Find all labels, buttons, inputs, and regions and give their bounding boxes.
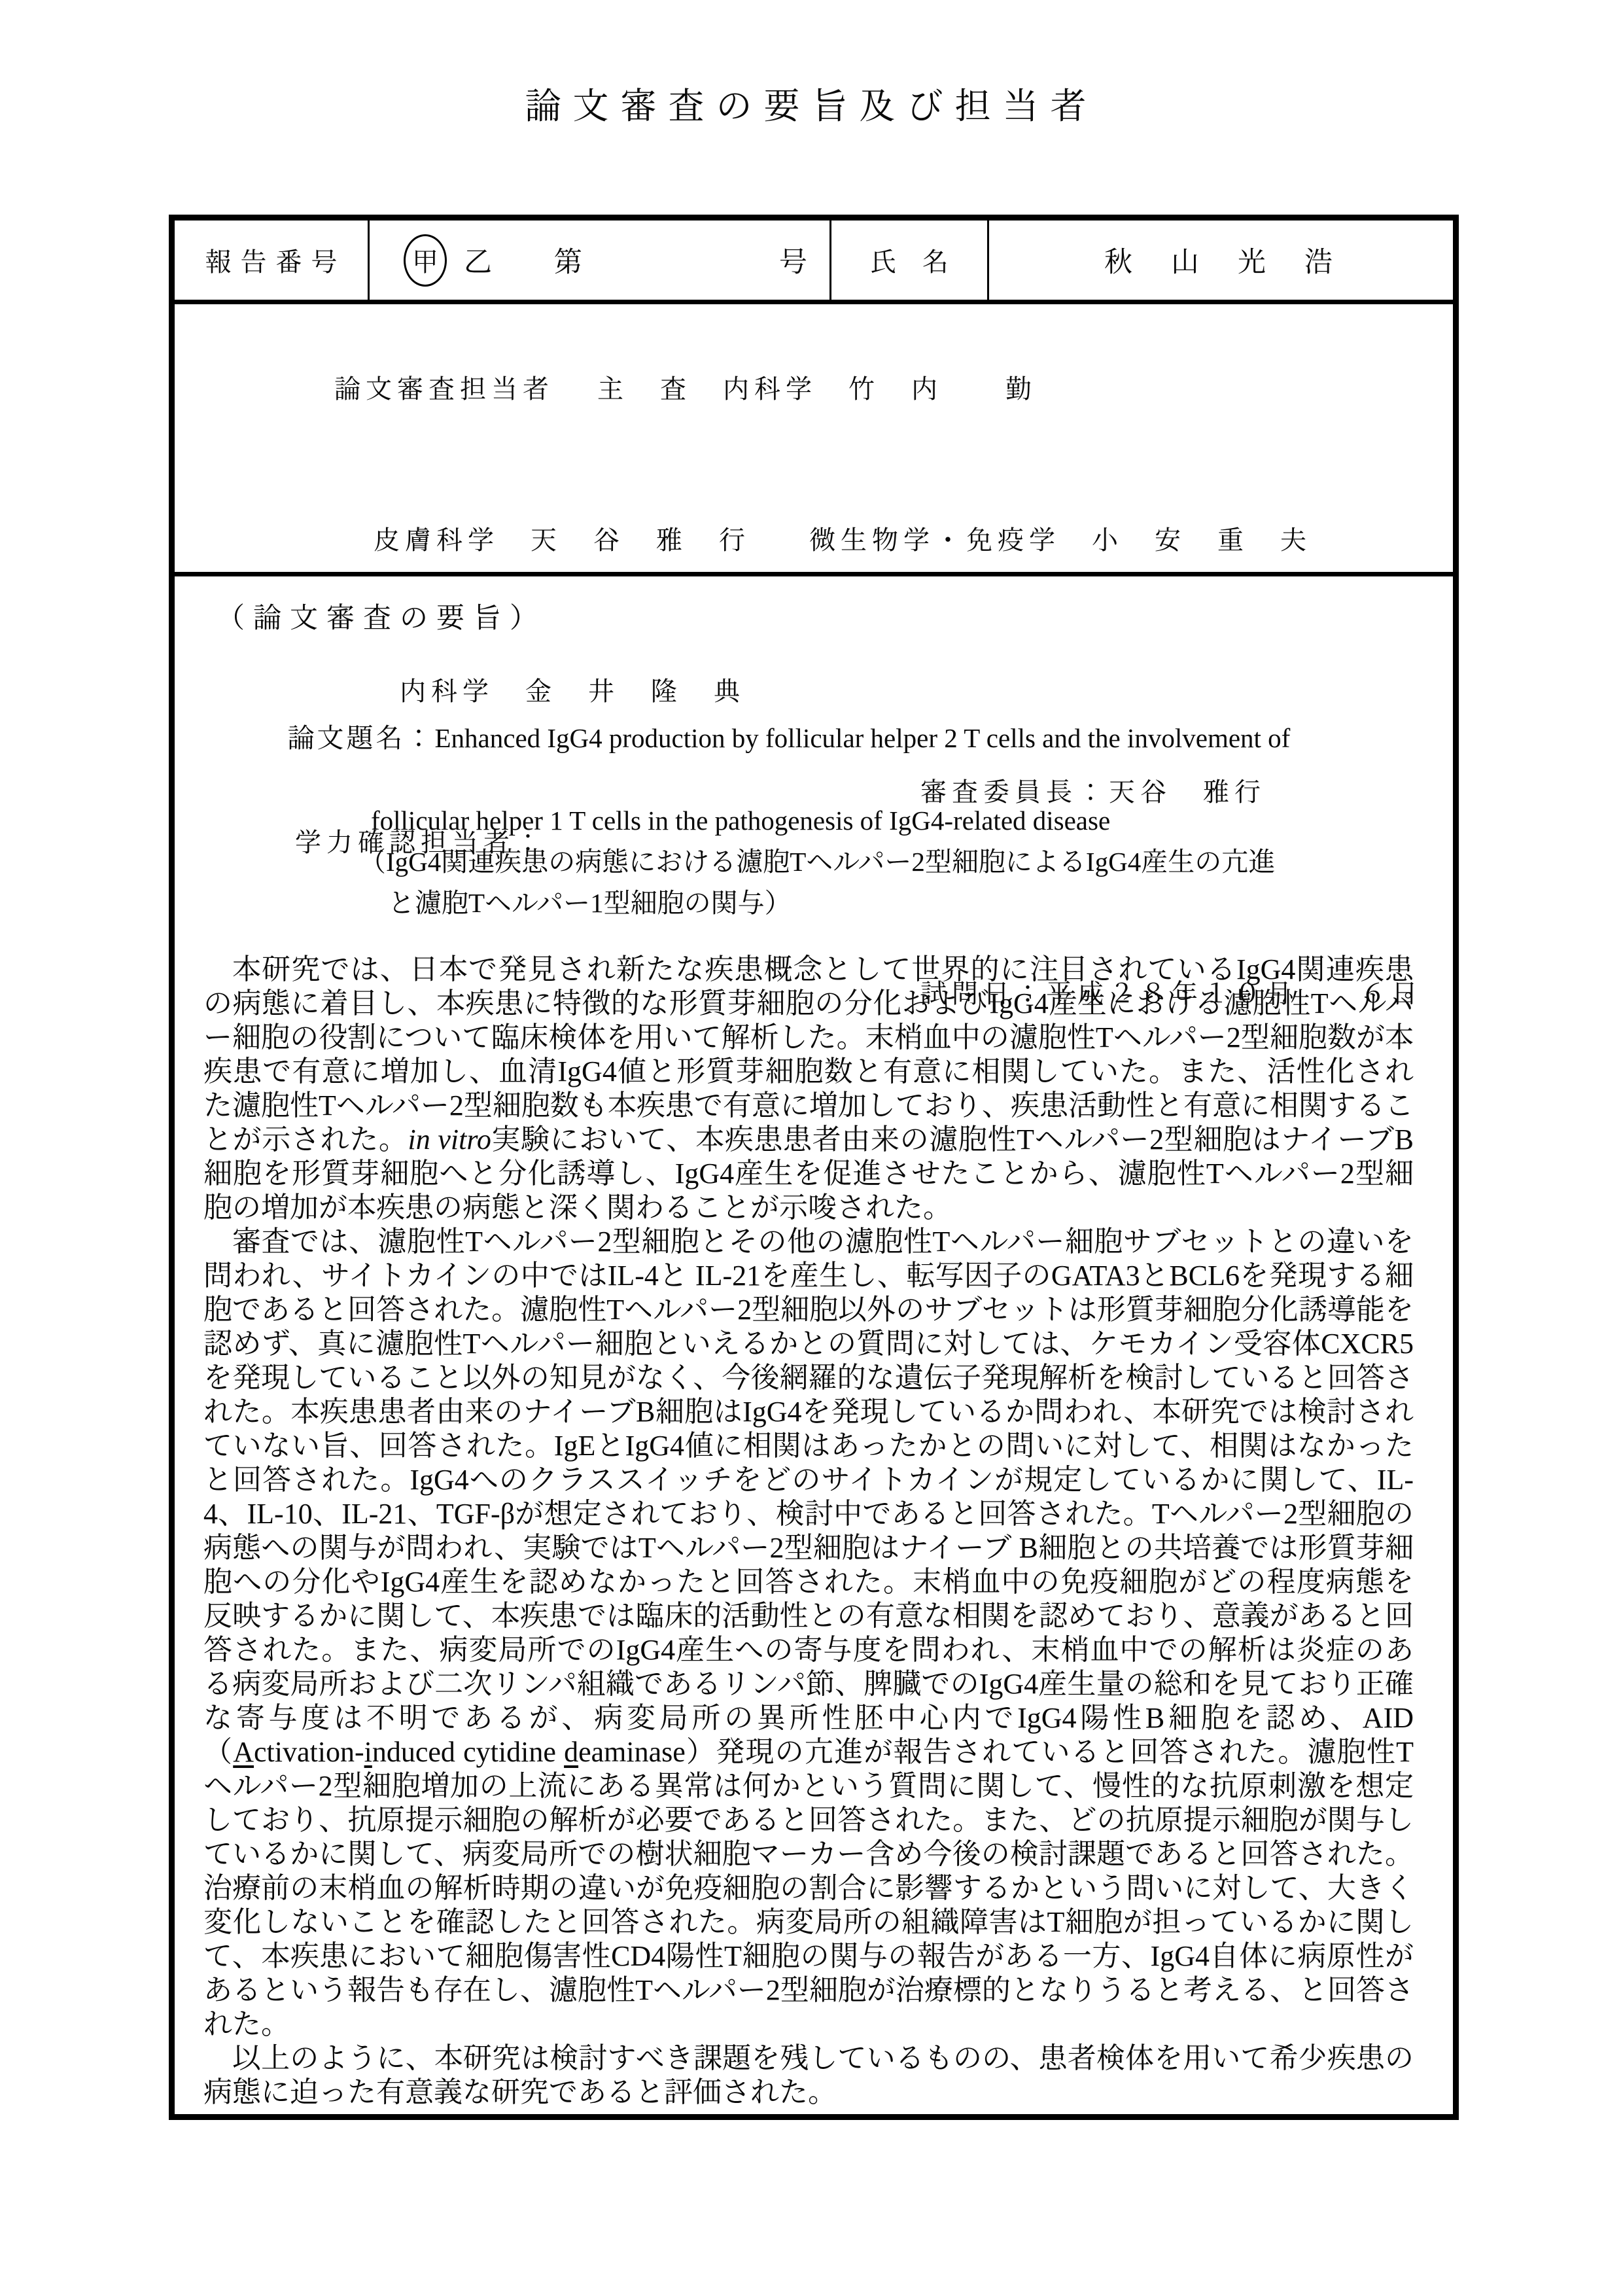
committee-member-microbiology: 微生物学・免疫学 小 安 重 夫 [809, 525, 1312, 555]
review-chair: 審査委員長：天谷 雅行 [920, 767, 1266, 817]
degree-kou-label: 甲 [412, 241, 438, 279]
number-suffix-label: 号 [779, 240, 807, 280]
report-number-label: 報告番号 [205, 241, 347, 279]
committee-line-date: 試問日：平成２８年１０月 ６日 [175, 968, 1453, 1120]
committee-line-internal: 内科学 金 井 隆 典 [175, 616, 1453, 767]
report-number-value-cell: 甲 乙 第 号 [370, 221, 831, 300]
document-title: 論文審査の要旨及び担当者 [0, 77, 1623, 129]
academic-confirmation-label: 学力確認担当者： [295, 828, 546, 857]
degree-type-group: 甲 乙 第 [404, 234, 779, 287]
committee-line-chief: 論文審査担当者主 査 内科学 竹 内 勤 [175, 313, 1453, 465]
committee-member-internal: 内科学 金 井 隆 典 [400, 677, 745, 706]
committee-line-members: 皮膚科学 天 谷 雅 行微生物学・免疫学 小 安 重 夫 [175, 465, 1453, 616]
summary-paragraph-2: 審査では、濾胞性Tヘルパー2型細胞とその他の濾胞性Tヘルパー細胞サブセットとの違… [203, 1225, 1414, 2041]
committee-member-dermatology: 皮膚科学 天 谷 雅 行 [374, 525, 750, 555]
summary-paragraph-3: 以上のように、本研究は検討すべき課題を残しているものの、患者検体を用いて希少疾患… [203, 2041, 1414, 2110]
name-value: 秋 山 光 浩 [1104, 240, 1338, 280]
page: 論文審査の要旨及び担当者 報告番号 甲 乙 第 号 氏 名 秋 山 光 浩 [0, 0, 1623, 2296]
degree-otsu-dai-label: 乙 第 [464, 240, 599, 280]
exam-date: 試問日：平成２８年１０月 ６日 [920, 968, 1423, 1019]
committee-section: 論文審査担当者主 査 内科学 竹 内 勤 皮膚科学 天 谷 雅 行微生物学・免疫… [175, 304, 1453, 576]
report-header-row: 報告番号 甲 乙 第 号 氏 名 秋 山 光 浩 [175, 221, 1453, 304]
summary-body: 本研究では、日本で発見され新たな疾患概念として世界的に注目されているIgG4関連… [203, 953, 1414, 2110]
degree-kou-circled: 甲 [404, 234, 447, 287]
report-number-cell: 報告番号 [175, 221, 370, 300]
name-label-cell: 氏 名 [831, 221, 989, 300]
report-table: 報告番号 甲 乙 第 号 氏 名 秋 山 光 浩 論文審査担当者主 査 内科学 [169, 215, 1459, 2120]
name-label: 氏 名 [870, 241, 949, 279]
chief-examiner: 主 査 内科学 竹 内 勤 [597, 374, 1037, 404]
committee-line-academic: 学力確認担当者： 審査委員長：天谷 雅行 [175, 767, 1453, 968]
name-value-cell: 秋 山 光 浩 [989, 221, 1453, 300]
examiners-label: 論文審査担当者 [334, 374, 554, 404]
